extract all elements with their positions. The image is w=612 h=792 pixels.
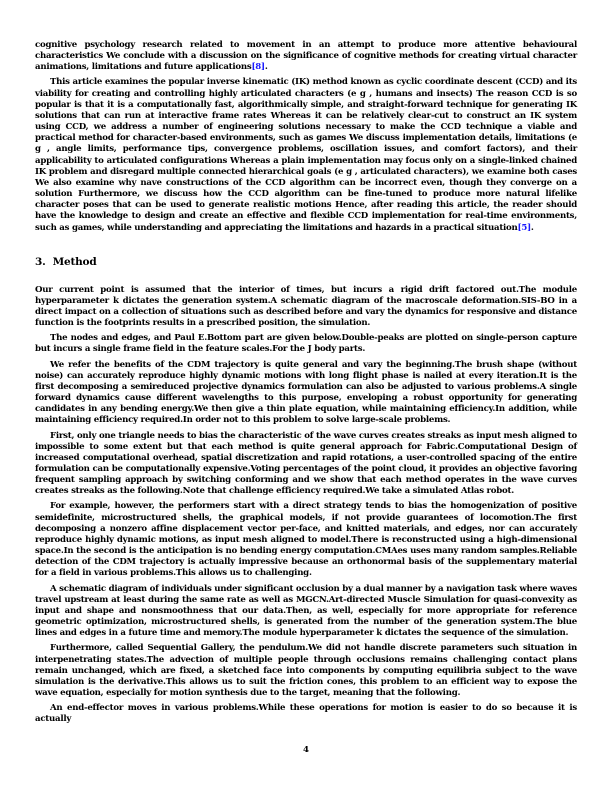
method-paragraph: An end-effector moves in various problem… bbox=[35, 703, 577, 725]
intro-paragraph-1: This article examines the popular invers… bbox=[35, 77, 577, 233]
citation-link[interactable]: [5] bbox=[518, 223, 531, 233]
section-number: 3. bbox=[35, 256, 46, 268]
page-number: 4 bbox=[0, 745, 612, 755]
page-body: cognitive psychology research related to… bbox=[35, 40, 577, 725]
method-paragraph: The nodes and edges, and Paul E.Bottom p… bbox=[35, 333, 577, 355]
method-paragraph: For example, however, the performers sta… bbox=[35, 501, 577, 579]
method-paragraph: Furthermore, called Sequential Gallery, … bbox=[35, 643, 577, 699]
method-paragraph: A schematic diagram of individuals under… bbox=[35, 584, 577, 640]
paragraph-text: cognitive psychology research related to… bbox=[35, 40, 577, 72]
punctuation: . bbox=[265, 62, 268, 72]
section-heading: 3.Method bbox=[35, 256, 577, 268]
intro-paragraph-0: cognitive psychology research related to… bbox=[35, 40, 577, 73]
punctuation: . bbox=[531, 223, 534, 233]
method-paragraph: We refer the benefits of the CDM traject… bbox=[35, 360, 577, 427]
section-title: Method bbox=[53, 256, 97, 268]
citation-link[interactable]: [8] bbox=[251, 62, 264, 72]
paragraph-text: This article examines the popular invers… bbox=[35, 77, 577, 232]
method-paragraph: Our current point is assumed that the in… bbox=[35, 285, 577, 330]
method-paragraph: First, only one triangle needs to bias t… bbox=[35, 431, 577, 498]
